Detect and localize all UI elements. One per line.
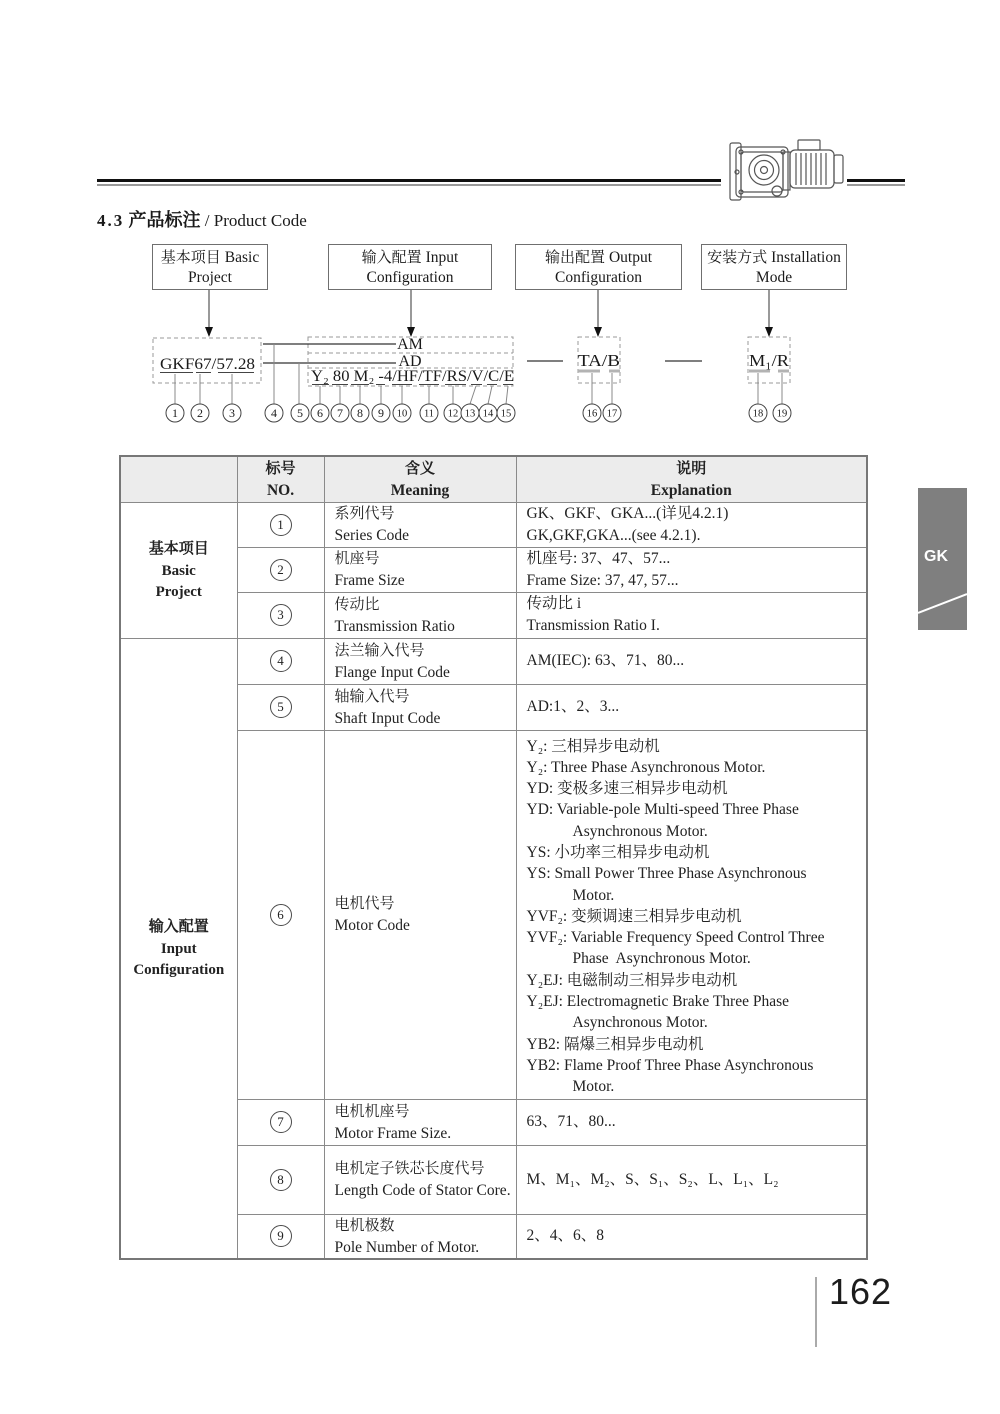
svg-text:2: 2 <box>197 406 203 420</box>
row-no-badge: 3 <box>270 604 292 626</box>
svg-text:1: 1 <box>172 406 178 420</box>
svg-text:10: 10 <box>397 409 408 420</box>
output-code-text: TA/B <box>578 351 620 370</box>
flow-box-basic-project-zh: 基本项目 <box>161 250 221 266</box>
flow-box-input-configuration-zh: 输入配置 <box>362 250 422 266</box>
svg-text:3: 3 <box>229 406 235 420</box>
flow-box-installation-mode-zh: 安装方式 <box>707 250 767 266</box>
row-no-badge: 8 <box>270 1169 292 1191</box>
row-no-badge: 5 <box>270 696 292 718</box>
flow-box-output-configuration-zh: 输出配置 <box>545 250 605 266</box>
header-explanation-en: Explanation <box>517 480 867 501</box>
svg-text:17: 17 <box>607 409 618 420</box>
svg-text:4: 4 <box>271 406 277 420</box>
product-code-table: 标号 NO. 含义 Meaning 说明 Explanation 基本项目 Ba… <box>119 455 868 1260</box>
flange-code-text: AM <box>397 336 423 353</box>
header-no-cell: 标号 NO. <box>237 456 324 502</box>
header-group-cell <box>120 456 237 502</box>
header-meaning-en: Meaning <box>325 480 516 501</box>
section-title-zh: 产品标注 <box>129 210 201 230</box>
row-no-badge: 7 <box>270 1111 292 1133</box>
circled-numbers <box>166 404 791 422</box>
table-header-row: 标号 NO. 含义 Meaning 说明 Explanation <box>120 456 867 502</box>
row-no-badge: 1 <box>270 514 292 536</box>
svg-text:8: 8 <box>357 406 363 420</box>
section-title-en: Product Code <box>214 211 307 230</box>
svg-text:14: 14 <box>483 409 494 420</box>
svg-text:15: 15 <box>501 409 512 420</box>
mount-code-text: M₁/R <box>749 351 790 370</box>
basic-code-text: GKF67/57.28 <box>160 356 255 373</box>
page-title: 4.3 产品标注 / Product Code <box>97 206 307 232</box>
table-row: 基本项目 Basic Project 1 系列代号 Series Code GK… <box>120 502 867 547</box>
svg-text:13: 13 <box>465 409 476 420</box>
svg-text:7: 7 <box>337 406 343 420</box>
group-basic-project: 基本项目 Basic Project <box>120 502 237 638</box>
side-tab-gk: GK <box>918 488 967 630</box>
header-no-en: NO. <box>238 480 324 501</box>
row-no-badge: 2 <box>270 559 292 581</box>
svg-text:11: 11 <box>424 409 434 420</box>
header-explanation-cell: 说明 Explanation <box>516 456 867 502</box>
header-no-zh: 标号 <box>238 458 324 480</box>
footer-rule <box>815 1277 817 1347</box>
row-no-badge: 4 <box>270 650 292 672</box>
header-meaning-cell: 含义 Meaning <box>324 456 516 502</box>
product-code-diagram: GKF67/57.28 AM AD Y₂ 80 M₂ -4/HF/TF/RS/V… <box>0 280 1000 430</box>
header-meaning-zh: 含义 <box>325 458 516 480</box>
gearmotor-illustration <box>710 126 870 206</box>
catalog-page: 4.3 产品标注 / Product Code 基本项目 Basic Proje… <box>0 0 1000 1414</box>
page-number: 162 <box>829 1271 892 1313</box>
row-no-badge: 9 <box>270 1225 292 1247</box>
code-connector-lines <box>263 344 702 363</box>
header-explanation-zh: 说明 <box>517 458 867 480</box>
svg-text:16: 16 <box>587 409 598 420</box>
svg-text:18: 18 <box>753 409 764 420</box>
input-code-text: Y₂ 80 M₂ -4/HF/TF/RS/V/C/E <box>311 368 514 385</box>
flow-arrow-heads <box>205 327 773 337</box>
title-separator: / <box>201 211 214 230</box>
section-number: 4.3 <box>97 211 124 230</box>
table-row: 输入配置 Input Configuration 4 法兰输入代号 Flange… <box>120 638 867 684</box>
group-input-configuration: 输入配置 Input Configuration <box>120 638 237 1259</box>
row-no-badge: 6 <box>270 904 292 926</box>
svg-text:5: 5 <box>297 406 303 420</box>
svg-text:6: 6 <box>317 406 323 420</box>
flow-arrow-lines <box>209 290 769 328</box>
side-tab-diagonal <box>918 488 967 630</box>
svg-text:9: 9 <box>378 406 384 420</box>
svg-text:12: 12 <box>448 409 459 420</box>
svg-text:19: 19 <box>777 409 788 420</box>
